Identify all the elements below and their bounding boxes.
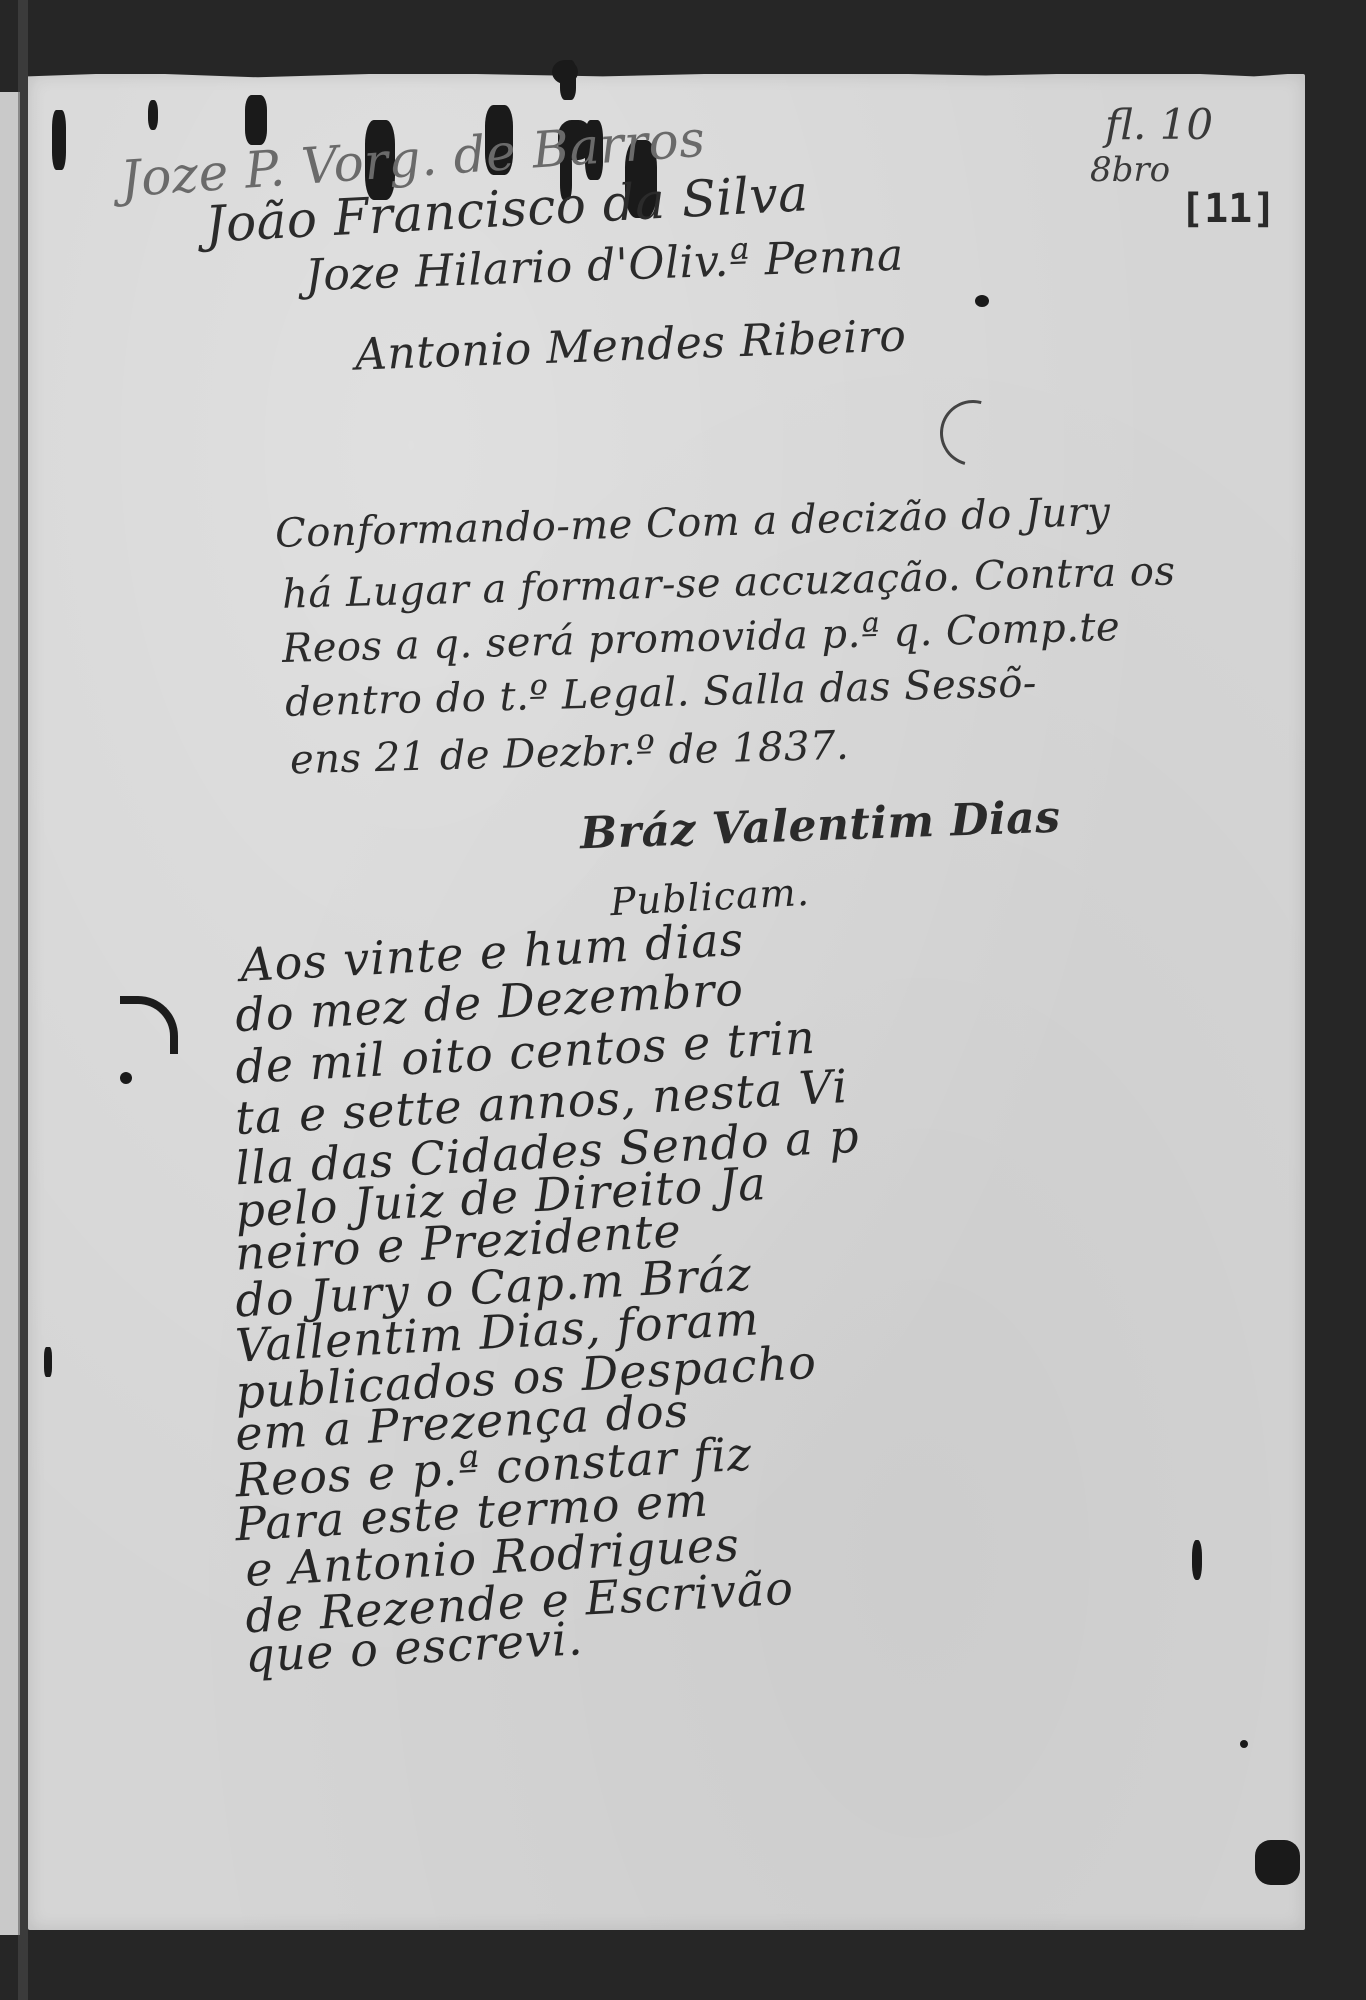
ink-blot [1240, 1740, 1248, 1748]
previous-page-edge [0, 92, 20, 1935]
folio-stamp: [11] [1180, 186, 1276, 232]
ink-blot [148, 100, 158, 130]
folio-number: fl. 10 [1105, 100, 1213, 149]
ink-blot [1192, 1540, 1202, 1580]
ink-blot [552, 60, 578, 84]
ink-blot [44, 1347, 52, 1377]
ink-blot [1255, 1840, 1300, 1885]
ink-blot [245, 95, 267, 145]
scanned-page-image: fl. 10 8bro [11] Joze P. Vorg. de Barros… [0, 0, 1366, 2000]
ink-blot [52, 110, 66, 170]
folio-month-annotation: 8bro [1090, 150, 1170, 190]
ink-blot [120, 1072, 132, 1084]
ink-blot [975, 295, 989, 307]
